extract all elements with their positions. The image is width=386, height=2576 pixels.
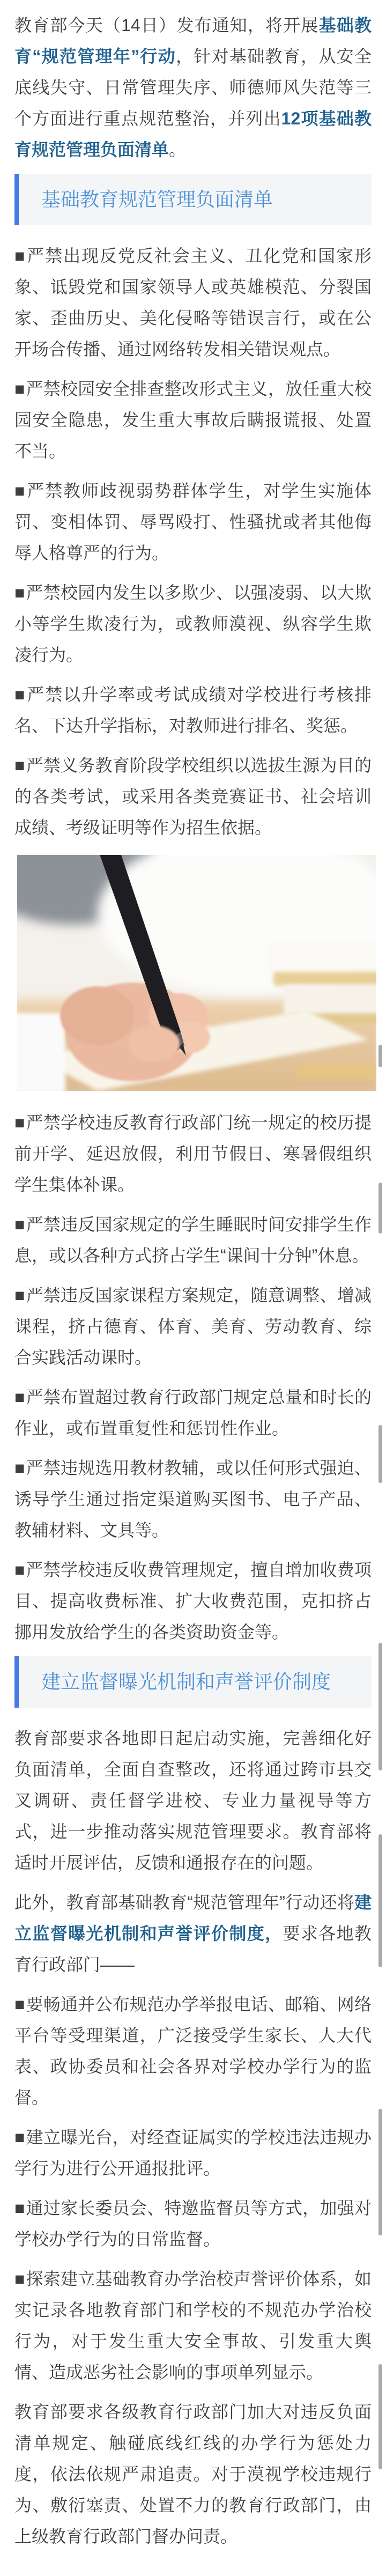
supervision-list: ■要畅通并公布规范办学举报电话、邮箱、网络平台等受理渠道，广泛接受学生家长、人大… xyxy=(14,1989,372,2388)
supervision-lead-paragraph: 此外，教育部基础教育“规范管理年”行动还将建立监督曝光机制和声誉评价制度，要求各… xyxy=(14,1887,372,1980)
article-page: 教育部今天（14日）发布通知，将开展基础教育“规范管理年”行动，针对基础教育，从… xyxy=(0,0,386,2576)
negative-list-item: ■严禁校园内发生以多欺少、以强凌弱、以大欺小等学生欺凌行为，或教师漠视、纵容学生… xyxy=(14,577,372,670)
bullet-square-icon: ■ xyxy=(14,246,26,265)
negative-list-part2: ■严禁学校违反教育行政部门统一规定的校历提前开学、延迟放假，利用节假日、寒暑假组… xyxy=(14,1107,372,1648)
writing-photo-illustration xyxy=(17,855,376,1091)
negative-list-part1: ■严禁出现反党反社会主义、丑化党和国家形象、诋毁党和国家领导人或英雄模范、分裂国… xyxy=(14,240,372,843)
text-segment-normal: 此外，教育部基础教育“规范管理年”行动还将 xyxy=(14,1893,354,1912)
bullet-square-icon: ■ xyxy=(14,2128,25,2147)
bullet-square-icon: ■ xyxy=(14,685,26,704)
section-header-negative-list: 基础教育规范管理负面清单 xyxy=(14,174,372,225)
supervision-list-item: ■探索建立基础教育办学治校声誉评价体系，如实记录各地教育部门和学校的不规范办学治… xyxy=(14,2263,372,2388)
bullet-text: 探索建立基础教育办学治校声誉评价体系，如实记录各地教育部门和学校的不规范办学治校… xyxy=(14,2269,372,2382)
article-photo xyxy=(17,855,376,1091)
negative-list-item: ■严禁学校违反收费管理规定，擅自增加收费项目、提高收费标准、扩大收费范围，克扣挤… xyxy=(14,1554,372,1648)
scrollbar-thumb[interactable] xyxy=(378,1643,382,1770)
bullet-square-icon: ■ xyxy=(14,1113,25,1132)
supervision-list-item: ■通过家长委员会、特邀监督员等方式，加强对学校办学行为的日常监督。 xyxy=(14,2193,372,2255)
negative-list-item: ■严禁违规选用教材教辅，或以任何形式强迫、诱导学生通过指定渠道购买图书、电子产品… xyxy=(14,1452,372,1546)
bullet-square-icon: ■ xyxy=(14,1458,25,1478)
bullet-text: 要畅通并公布规范办学举报电话、邮箱、网络平台等受理渠道，广泛接受学生家长、人大代… xyxy=(14,1995,372,2107)
bullet-text: 严禁教师歧视弱势群体学生，对学生实施体罚、变相体罚、辱骂殴打、性骚扰或者其他侮辱… xyxy=(14,481,372,563)
bullet-square-icon: ■ xyxy=(14,2269,25,2289)
bullet-square-icon: ■ xyxy=(14,481,26,500)
negative-list-item: ■严禁布置超过教育行政部门规定总量和时长的作业，或布置重复性和惩罚性作业。 xyxy=(14,1382,372,1444)
sleeve xyxy=(17,1013,65,1091)
bullet-text: 严禁校园安全排查整改形式主义，放任重大校园安全隐患，发生重大事故后瞒报谎报、处置… xyxy=(14,379,372,461)
bullet-text: 通过家长委员会、特邀监督员等方式，加强对学校办学行为的日常监督。 xyxy=(14,2198,372,2249)
negative-list-item: ■严禁违反国家规定的学生睡眠时间安排学生作息，或以各种方式挤占学生“课间十分钟”… xyxy=(14,1209,372,1271)
negative-list-item: ■严禁义务教育阶段学校组织以选拔生源为目的的各类考试，或采用各类竞赛证书、社会培… xyxy=(14,750,372,843)
supervision-list-item: ■建立曝光台，对经查证属实的学校违法违规办学行为进行公开通报批评。 xyxy=(14,2122,372,2184)
negative-list-item: ■严禁违反国家课程方案规定，随意调整、增减课程，挤占德育、体育、美育、劳动教育、… xyxy=(14,1280,372,1373)
negative-list-item: ■严禁以升学率或考试成绩对学校进行考核排名、下达升学指标，对教师进行排名、奖惩。 xyxy=(14,679,372,741)
supervision-list-item: ■要畅通并公布规范办学举报电话、邮箱、网络平台等受理渠道，广泛接受学生家长、人大… xyxy=(14,1989,372,2113)
bullet-square-icon: ■ xyxy=(14,379,25,398)
negative-list-item: ■严禁教师歧视弱势群体学生，对学生实施体罚、变相体罚、辱骂殴打、性骚扰或者其他侮… xyxy=(14,475,372,569)
section-title-negative-list: 基础教育规范管理负面清单 xyxy=(41,188,273,211)
closing-paragraph: 教育部要求各级教育行政部门加大对违反负面清单规定、触碰底线红线的办学行为惩处力度… xyxy=(14,2396,372,2552)
section-title-supervision: 建立监督曝光机制和声誉评价制度 xyxy=(41,1670,331,1694)
thumb xyxy=(128,1025,180,1062)
bullet-square-icon: ■ xyxy=(14,1995,25,2014)
scrollbar-thumb[interactable] xyxy=(378,2109,382,2235)
bullet-square-icon: ■ xyxy=(14,756,25,775)
text-segment-normal: 教育部今天（14日）发布通知，将开展 xyxy=(14,16,319,35)
bullet-text: 严禁违反国家课程方案规定，随意调整、增减课程，挤占德育、体育、美育、劳动教育、综… xyxy=(14,1286,372,1367)
bullet-text: 严禁布置超过教育行政部门规定总量和时长的作业，或布置重复性和惩罚性作业。 xyxy=(14,1387,372,1438)
bullet-square-icon: ■ xyxy=(14,2198,25,2218)
bullet-text: 严禁校园内发生以多欺少、以强凌弱、以大欺小等学生欺凌行为，或教师漠视、纵容学生欺… xyxy=(14,583,372,665)
bullet-text: 严禁出现反党反社会主义、丑化党和国家形象、诋毁党和国家领导人或英雄模范、分裂国家… xyxy=(14,246,372,359)
bullet-square-icon: ■ xyxy=(14,1215,25,1234)
scrollbar-thumb[interactable] xyxy=(378,1425,382,1483)
supervision-opening-paragraph: 教育部要求各地即日起启动实施，完善细化好负面清单，全面自查整改，还将通过跨市县交… xyxy=(14,1723,372,1878)
bullet-text: 严禁学校违反收费管理规定，擅自增加收费项目、提高收费标准、扩大收费范围，克扣挤占… xyxy=(14,1560,372,1642)
scrollbar-thumb[interactable] xyxy=(378,1045,382,1067)
negative-list-item: ■严禁出现反党反社会主义、丑化党和国家形象、诋毁党和国家领导人或英雄模范、分裂国… xyxy=(14,240,372,365)
text-segment-normal: 。 xyxy=(169,140,186,159)
bullet-square-icon: ■ xyxy=(14,1560,25,1579)
bullet-text: 严禁违规选用教材教辅，或以任何形式强迫、诱导学生通过指定渠道购买图书、电子产品、… xyxy=(14,1458,372,1540)
scrollbar-thumb[interactable] xyxy=(378,1183,382,1234)
bullet-text: 严禁以升学率或考试成绩对学校进行考核排名、下达升学指标，对教师进行排名、奖惩。 xyxy=(14,685,372,735)
negative-list-item: ■严禁学校违反教育行政部门统一规定的校历提前开学、延迟放假，利用节假日、寒暑假组… xyxy=(14,1107,372,1200)
bullet-text: 严禁义务教育阶段学校组织以选拔生源为目的的各类考试，或采用各类竞赛证书、社会培训… xyxy=(14,756,372,837)
bullet-text: 建立曝光台，对经查证属实的学校违法违规办学行为进行公开通报批评。 xyxy=(14,2128,372,2178)
article-content: 教育部今天（14日）发布通知，将开展基础教育“规范管理年”行动，针对基础教育，从… xyxy=(0,0,386,2552)
bullet-text: 严禁违反国家规定的学生睡眠时间安排学生作息，或以各种方式挤占学生“课间十分钟”休… xyxy=(14,1215,372,1265)
scrollbar-thumb[interactable] xyxy=(378,2364,382,2469)
section-header-supervision: 建立监督曝光机制和声誉评价制度 xyxy=(14,1656,372,1708)
bullet-square-icon: ■ xyxy=(14,1387,25,1407)
bullet-square-icon: ■ xyxy=(14,583,25,602)
intro-paragraph: 教育部今天（14日）发布通知，将开展基础教育“规范管理年”行动，针对基础教育，从… xyxy=(14,10,372,165)
scrollbar-thumb[interactable] xyxy=(378,1834,382,1967)
bullet-text: 严禁学校违反教育行政部门统一规定的校历提前开学、延迟放假，利用节假日、寒暑假组织… xyxy=(14,1113,372,1194)
bullet-square-icon: ■ xyxy=(14,1286,25,1305)
negative-list-item: ■严禁校园安全排查整改形式主义，放任重大校园安全隐患，发生重大事故后瞒报谎报、处… xyxy=(14,373,372,467)
